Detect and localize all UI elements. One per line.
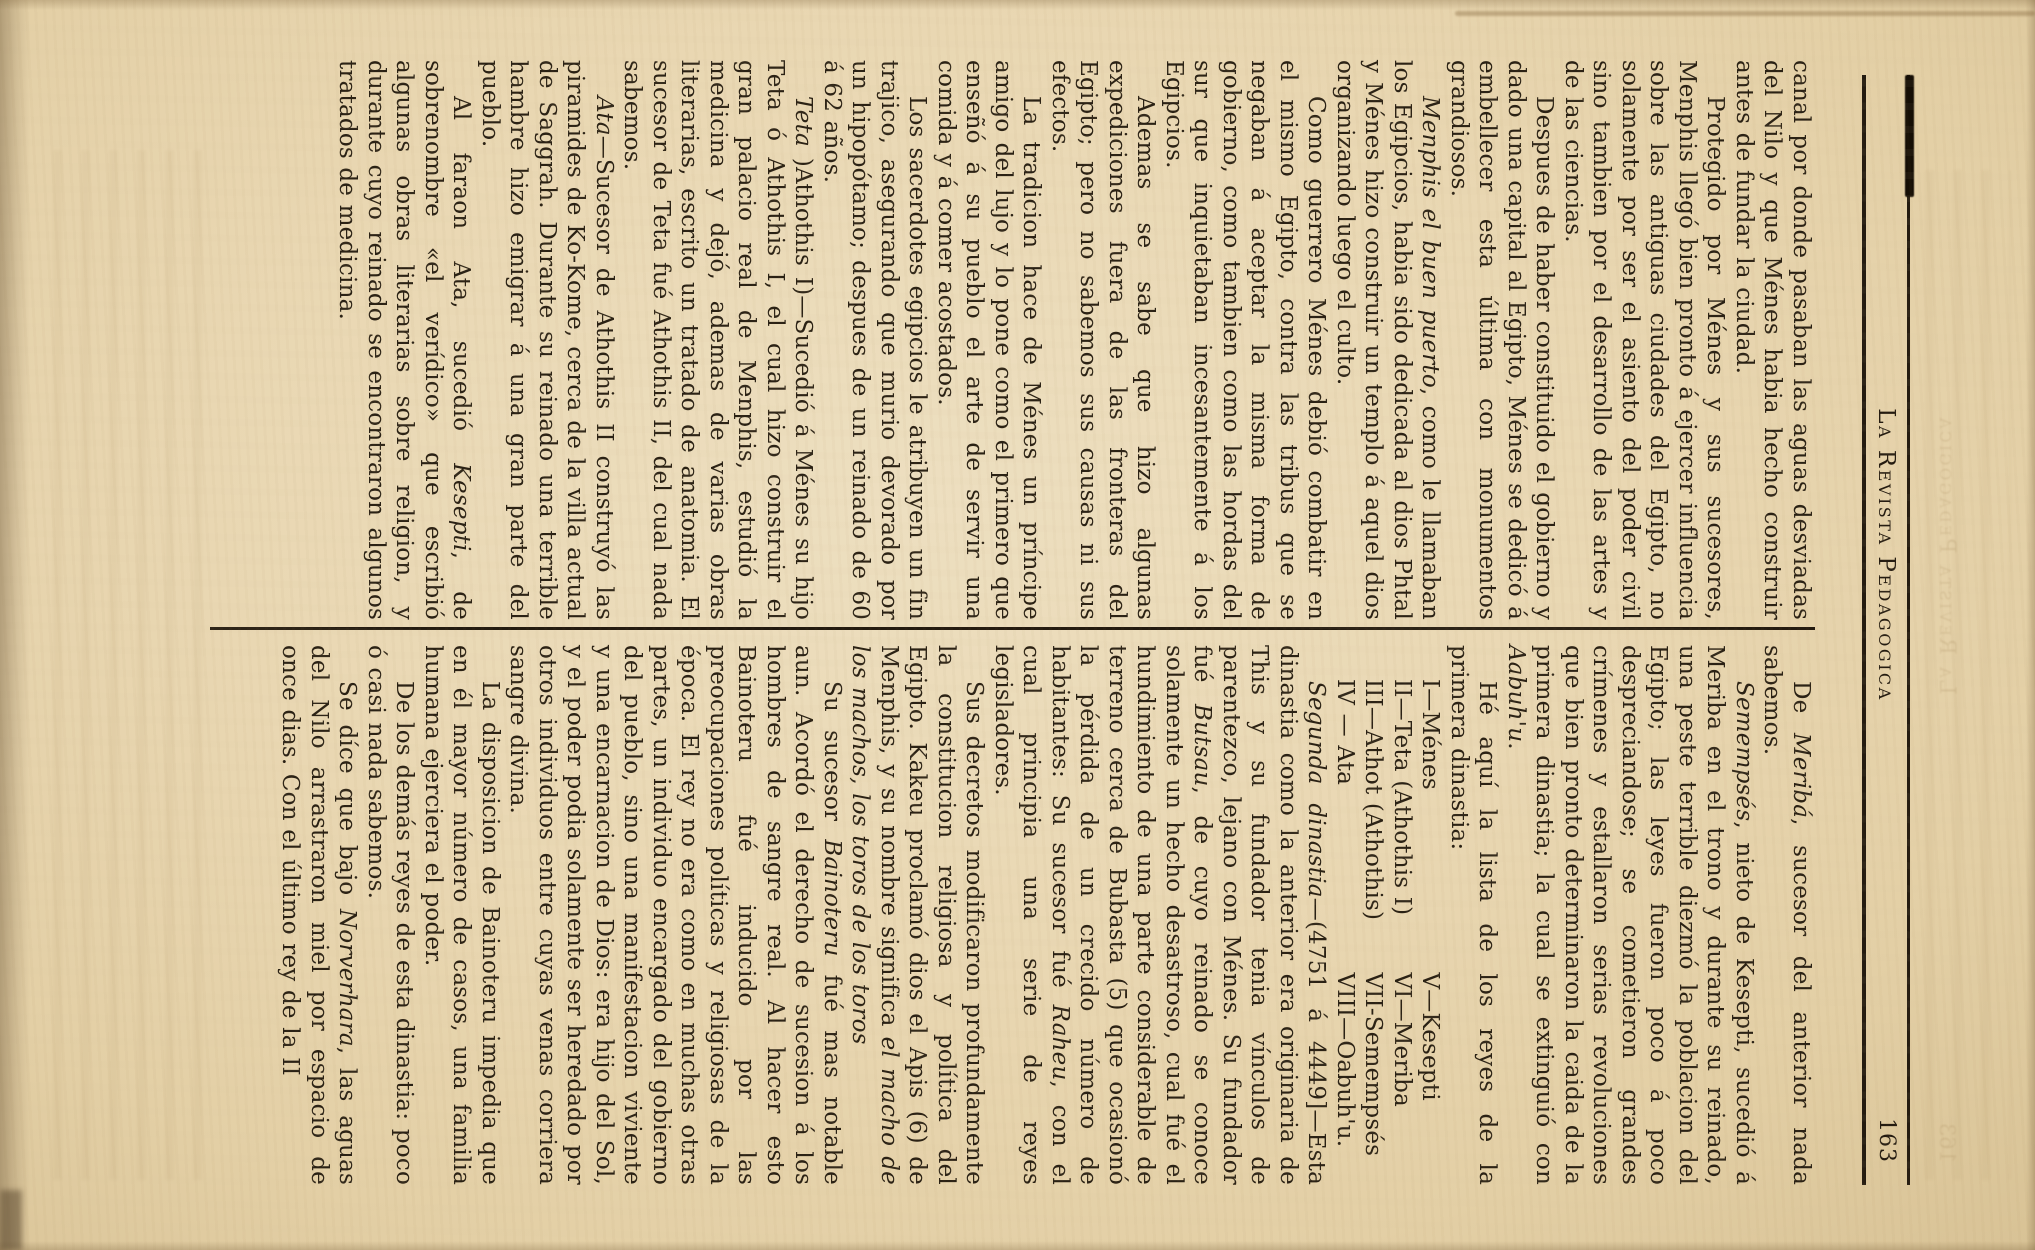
paragraph: canal por donde pasaban las aguas desvia… bbox=[1730, 60, 1816, 620]
ink-blob-artifact bbox=[1905, 75, 1914, 197]
page-sheet: La Revista Pedagogica 163 La Revista Ped… bbox=[0, 0, 2035, 1250]
paragraph: Despues de haber constituido el gobierno… bbox=[1445, 60, 1559, 620]
dynasty-king: VI—Meriba bbox=[1388, 972, 1417, 1185]
paragraph: Semempsés, nieto de Kesepti, sucedió á M… bbox=[1502, 645, 1759, 1185]
text-column-left: canal por donde pasaban las aguas desvia… bbox=[333, 60, 1815, 620]
dynasty-king: IV — Ata bbox=[1331, 679, 1360, 972]
paragraph: Como guerrero Ménes debió combatir en el… bbox=[1160, 60, 1331, 620]
paragraph: La disposicion de Bainoteru impedia que … bbox=[419, 645, 505, 1185]
page-number: 163 bbox=[1866, 1095, 1906, 1163]
paragraph: Los sacerdotes egipcios le atribuyen un … bbox=[818, 60, 932, 620]
paragraph: Al faraon Ata, sucedió Kesepti, de sobre… bbox=[333, 60, 476, 620]
paragraph: De Meribá, sucesor del anterior nada sab… bbox=[1758, 645, 1815, 1185]
showthrough-text-lines bbox=[1925, 170, 2011, 1180]
paragraph: Hé aquí la lista de los reyes de la prim… bbox=[1445, 645, 1502, 1185]
dynasty-king: V—Kesepti bbox=[1416, 972, 1445, 1185]
dynasty-king: I—Ménes bbox=[1416, 679, 1445, 972]
dynasty-king: III—Athot (Athothis) bbox=[1359, 679, 1388, 972]
column-divider-rule bbox=[210, 627, 1815, 630]
paragraph: Ata—Sucesor de Athothis II construyó las… bbox=[476, 60, 619, 620]
paragraph: Menphis el buen puerto, como le llamaban… bbox=[1331, 60, 1445, 620]
journal-title: La Revista Pedagogica bbox=[1866, 400, 1906, 710]
paragraph: De los demás reyes de esta dinastia: poc… bbox=[362, 645, 419, 1185]
dynasty-row: I—Ménes V—Kesepti bbox=[1416, 679, 1445, 1185]
paragraph: Sus decretos modificaron profundamente l… bbox=[846, 645, 989, 1185]
paragraph: Teta )Athothis I)—Sucedió á Ménes su hij… bbox=[618, 60, 818, 620]
paragraph: Protegido por Ménes y sus sucesores, Men… bbox=[1559, 60, 1730, 620]
paragraph: Se díce que bajo Norverhara, las aguas d… bbox=[276, 645, 362, 1185]
dynasty-row: III—Athot (Athothis) VII-Semempsés bbox=[1359, 679, 1388, 1185]
dynasty-king: VII-Semempsés bbox=[1359, 972, 1388, 1185]
paragraph: La tradicion hace de Ménes un príncipe a… bbox=[932, 60, 1046, 620]
dynasty-row: IV — Ata VIII—Oabuh'u. bbox=[1331, 679, 1360, 1185]
showthrough-text-lines bbox=[53, 150, 203, 1180]
paragraph: Su sucesor Bainoteru fué mas notable aun… bbox=[504, 645, 846, 1185]
dynasty-row: II—Teta (Athothis I) VI—Meriba bbox=[1388, 679, 1417, 1185]
dynasty-king: II—Teta (Athothis I) bbox=[1388, 679, 1417, 972]
dynasty-list: I—Ménes V—Kesepti II—Teta (Athothis I) V… bbox=[1331, 645, 1445, 1185]
running-head-bottom-rule bbox=[1863, 75, 1867, 1185]
dynasty-king: VIII—Oabuh'u. bbox=[1331, 972, 1360, 1185]
running-head-top-rule bbox=[1907, 75, 1910, 1185]
text-column-right: De Meribá, sucesor del anterior nada sab… bbox=[276, 645, 1815, 1185]
scanned-page-background: { "journal": { "title": "La Revista Peda… bbox=[0, 0, 2035, 1250]
paragraph: Ademas se sabe que hizo algunas expedici… bbox=[1046, 60, 1160, 620]
paragraph: Segunda dinastia—(4751 á 4449]—Esta dina… bbox=[989, 645, 1331, 1185]
